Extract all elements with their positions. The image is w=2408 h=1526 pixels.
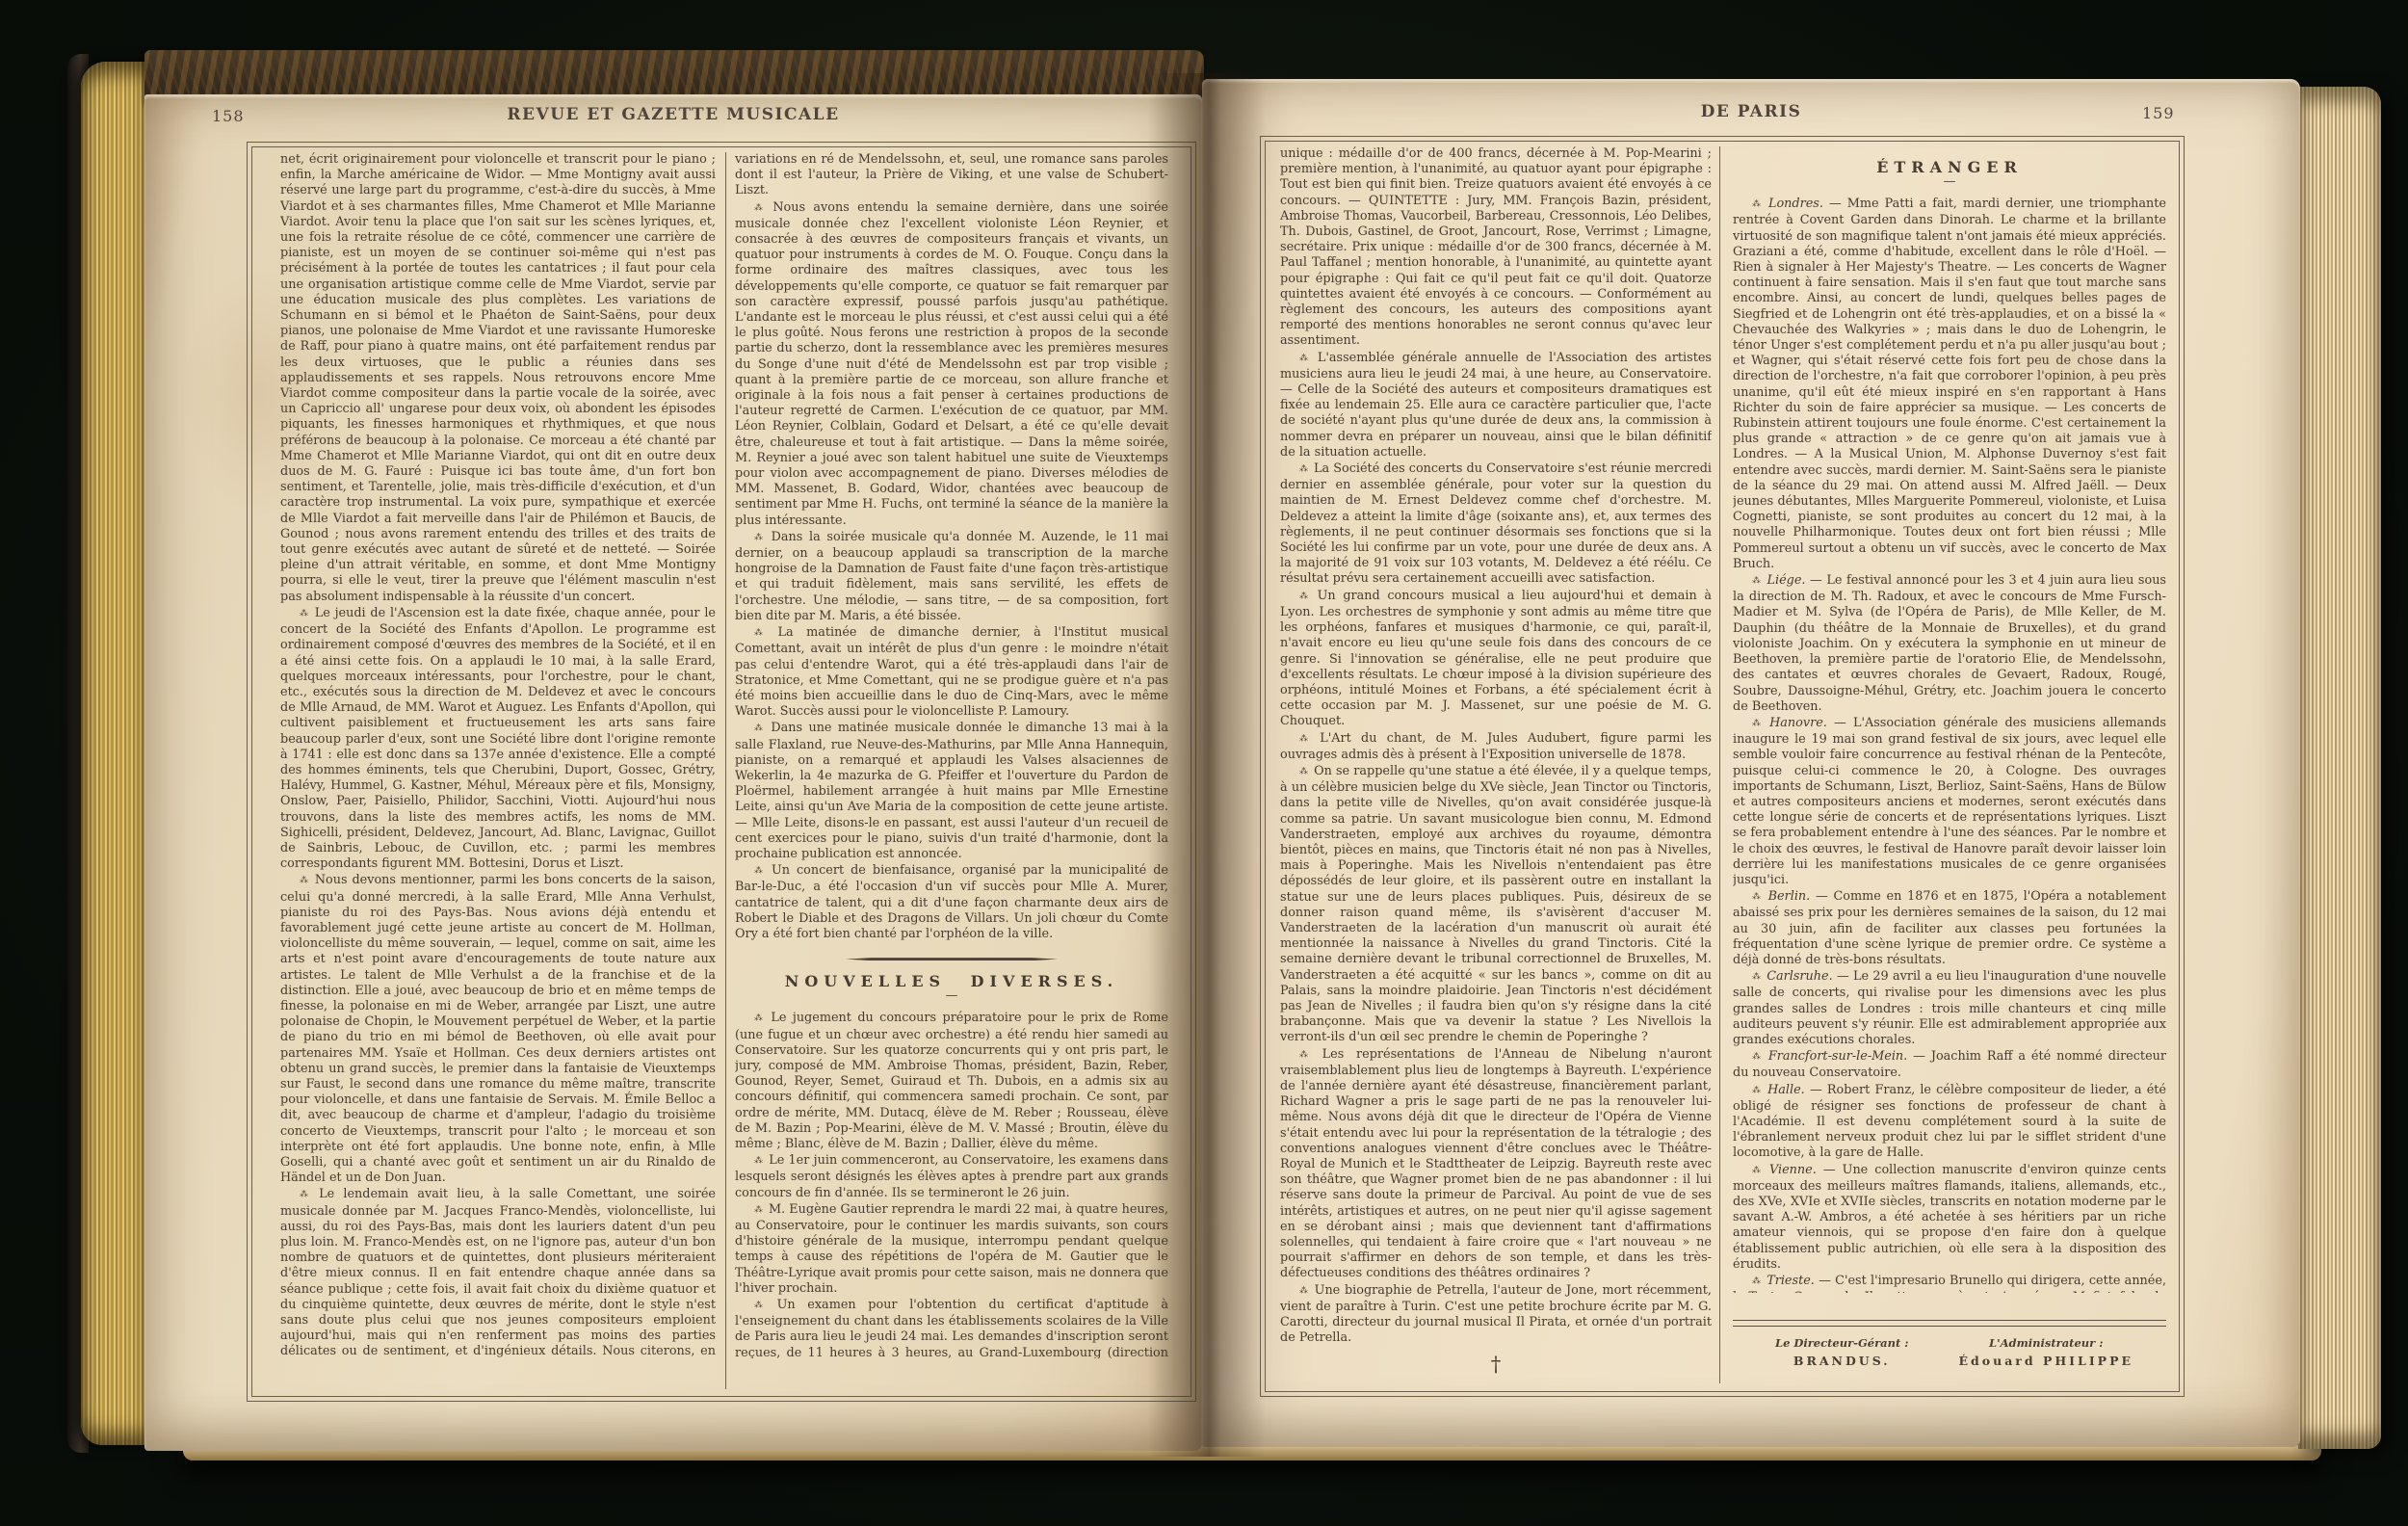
news-paragraph: ⁂Halle. — Robert Franz, le célèbre compo… <box>1733 1083 2166 1162</box>
asterism-icon: ⁂ <box>1752 199 1764 209</box>
news-paragraph: ⁂L'Art du chant, de M. Jules Audubert, f… <box>1280 731 1712 763</box>
heading-dash: — <box>1733 177 2166 187</box>
asterism-icon: ⁂ <box>1752 1086 1763 1095</box>
right-page-column-2: ÉTRANGER—⁂Londres. — Mme Patti a fait, m… <box>1733 146 2166 1293</box>
news-paragraph: ⁂Nous devons mentionner, parmi les bons … <box>280 873 716 1186</box>
asterism-icon: ⁂ <box>1299 354 1313 363</box>
dateline: Trieste. <box>1767 1274 1815 1288</box>
asterism-icon: ⁂ <box>1752 892 1764 902</box>
administrator-role: L'Administrateur : <box>1959 1336 2134 1350</box>
news-paragraph: ⁂La Société des concerts du Conservatoir… <box>1280 461 1712 588</box>
asterism-icon: ⁂ <box>754 1205 764 1215</box>
dateline: Halle. <box>1767 1083 1805 1097</box>
asterism-icon: ⁂ <box>1752 1276 1762 1286</box>
news-paragraph: ⁂Hanovre. — L'Association générale des m… <box>1733 716 2166 888</box>
left-page: 158 REVUE ET GAZETTE MUSICALE net, écrit… <box>144 94 1202 1451</box>
column-divider-left-page <box>725 152 726 1389</box>
asterism-icon: ⁂ <box>754 866 767 876</box>
news-paragraph: net, écrit originairement pour violoncel… <box>280 152 716 605</box>
asterism-icon: ⁂ <box>754 533 767 542</box>
director-signature: Le Directeur-Gérant : BRANDUS. <box>1775 1336 1909 1368</box>
news-paragraph: ⁂Berlin. — Comme en 1876 et en 1875, l'O… <box>1733 889 2166 968</box>
right-page: DE PARIS 159 unique : médaille d'or de 4… <box>1202 79 2300 1447</box>
column-divider-right-page <box>1719 146 1720 1383</box>
book-photo: 158 REVUE ET GAZETTE MUSICALE net, écrit… <box>0 0 2408 1526</box>
divider-rule <box>846 958 1058 960</box>
asterism-icon: ⁂ <box>754 203 768 213</box>
dateline: Liége. <box>1767 573 1805 588</box>
news-paragraph: ⁂Dans une matinée musicale donnée le dim… <box>735 721 1168 862</box>
director-role: Le Directeur-Gérant : <box>1775 1336 1909 1350</box>
right-page-column-1: unique : médaille d'or de 400 francs, dé… <box>1280 146 1712 1378</box>
news-paragraph: ⁂Le lendemain avait lieu, à la salle Com… <box>280 1187 716 1358</box>
news-paragraph: unique : médaille d'or de 400 francs, dé… <box>1280 146 1712 350</box>
imprint-footer: Le Directeur-Gérant : BRANDUS. L'Adminis… <box>1733 1320 2166 1368</box>
news-paragraph: ⁂Le jugement du concours préparatoire po… <box>735 1011 1168 1152</box>
page-fore-edge-left <box>81 62 150 1445</box>
section-heading: ÉTRANGER <box>1733 160 2166 175</box>
news-paragraph: ⁂Carlsruhe. — Le 29 avril a eu lieu l'in… <box>1733 969 2166 1048</box>
news-paragraph: ⁂Francfort-sur-le-Mein. — Joachim Raff a… <box>1733 1049 2166 1081</box>
news-paragraph: ⁂La matinée de dimanche dernier, à l'Ins… <box>735 625 1168 720</box>
asterism-icon: ⁂ <box>1299 767 1309 776</box>
dateline: Vienne. <box>1769 1163 1817 1177</box>
dateline: Carlsruhe. <box>1767 969 1832 984</box>
asterism-icon: ⁂ <box>1752 972 1762 982</box>
running-title-right: DE PARIS <box>1202 102 2300 121</box>
asterism-icon: ⁂ <box>754 1301 772 1310</box>
asterism-icon: ⁂ <box>754 1156 764 1166</box>
obituary-cross-icon: † <box>1280 1354 1712 1375</box>
news-paragraph: ⁂On se rappelle qu'une statue a été élev… <box>1280 764 1712 1046</box>
asterism-icon: ⁂ <box>1299 464 1309 474</box>
news-paragraph: ⁂Les représentations de l'Anneau de Nibe… <box>1280 1047 1712 1282</box>
asterism-icon: ⁂ <box>754 628 772 638</box>
news-paragraph: ⁂L'assemblée générale annuelle de l'Asso… <box>1280 351 1712 460</box>
news-paragraph: ⁂Trieste. — C'est l'impresario Brunello … <box>1733 1274 2166 1293</box>
running-title-left: REVUE ET GAZETTE MUSICALE <box>144 105 1202 124</box>
left-page-column-2: variations en ré de Mendelssohn, et, seu… <box>735 152 1168 1358</box>
news-paragraph: ⁂Un concert de bienfaisance, organisé pa… <box>735 863 1168 942</box>
asterism-icon: ⁂ <box>300 1190 314 1199</box>
section-heading: NOUVELLES DIVERSES. <box>735 974 1168 989</box>
news-paragraph: ⁂Un examen pour l'obtention du certifica… <box>735 1298 1168 1358</box>
news-paragraph: ⁂Dans la soirée musicale qu'a donnée M. … <box>735 530 1168 624</box>
asterism-icon: ⁂ <box>754 724 766 733</box>
asterism-icon: ⁂ <box>1299 1050 1318 1060</box>
news-paragraph: ⁂Londres. — Mme Patti a fait, mardi dern… <box>1733 197 2166 572</box>
director-name: BRANDUS. <box>1775 1354 1909 1368</box>
asterism-icon: ⁂ <box>1752 576 1762 586</box>
news-paragraph: variations en ré de Mendelssohn, et, seu… <box>735 152 1168 199</box>
dateline: Londres. <box>1768 197 1823 211</box>
dateline: Francfort-sur-le-Mein. <box>1768 1049 1907 1064</box>
asterism-icon: ⁂ <box>300 876 310 885</box>
asterism-icon: ⁂ <box>1299 592 1313 601</box>
page-fore-edge-right <box>2298 87 2381 1449</box>
asterism-icon: ⁂ <box>1752 1166 1765 1175</box>
administrator-signature: L'Administrateur : Édouard PHILIPPE <box>1959 1336 2134 1368</box>
news-paragraph: ⁂Le jeudi de l'Ascension est la date fix… <box>280 606 716 872</box>
dateline: Hanovre. <box>1769 716 1827 730</box>
news-paragraph: ⁂Une biographie de Petrella, l'auteur de… <box>1280 1283 1712 1347</box>
news-paragraph: ⁂Nous avons entendu la semaine dernière,… <box>735 200 1168 529</box>
heading-dash: — <box>735 991 1168 1001</box>
news-paragraph: ⁂Le 1er juin commenceront, au Conservato… <box>735 1153 1168 1201</box>
asterism-icon: ⁂ <box>1299 1286 1310 1296</box>
news-paragraph: ⁂Un grand concours musical a lieu aujour… <box>1280 589 1712 730</box>
asterism-icon: ⁂ <box>754 1013 766 1023</box>
administrator-name: Édouard PHILIPPE <box>1959 1354 2134 1368</box>
dateline: Berlin. <box>1768 889 1811 904</box>
page-number-right: 159 <box>2142 104 2175 122</box>
asterism-icon: ⁂ <box>1299 734 1315 744</box>
left-page-column-1: net, écrit originairement pour violoncel… <box>280 152 716 1358</box>
asterism-icon: ⁂ <box>300 609 310 618</box>
news-paragraph: ⁂M. Eugène Gautier reprendra le mardi 22… <box>735 1202 1168 1297</box>
news-paragraph: ⁂Vienne. — Une collection manuscrite d'e… <box>1733 1163 2166 1273</box>
asterism-icon: ⁂ <box>1752 1052 1764 1062</box>
news-paragraph: ⁂Liége. — Le festival annoncé pour les 3… <box>1733 573 2166 715</box>
asterism-icon: ⁂ <box>1752 719 1765 728</box>
